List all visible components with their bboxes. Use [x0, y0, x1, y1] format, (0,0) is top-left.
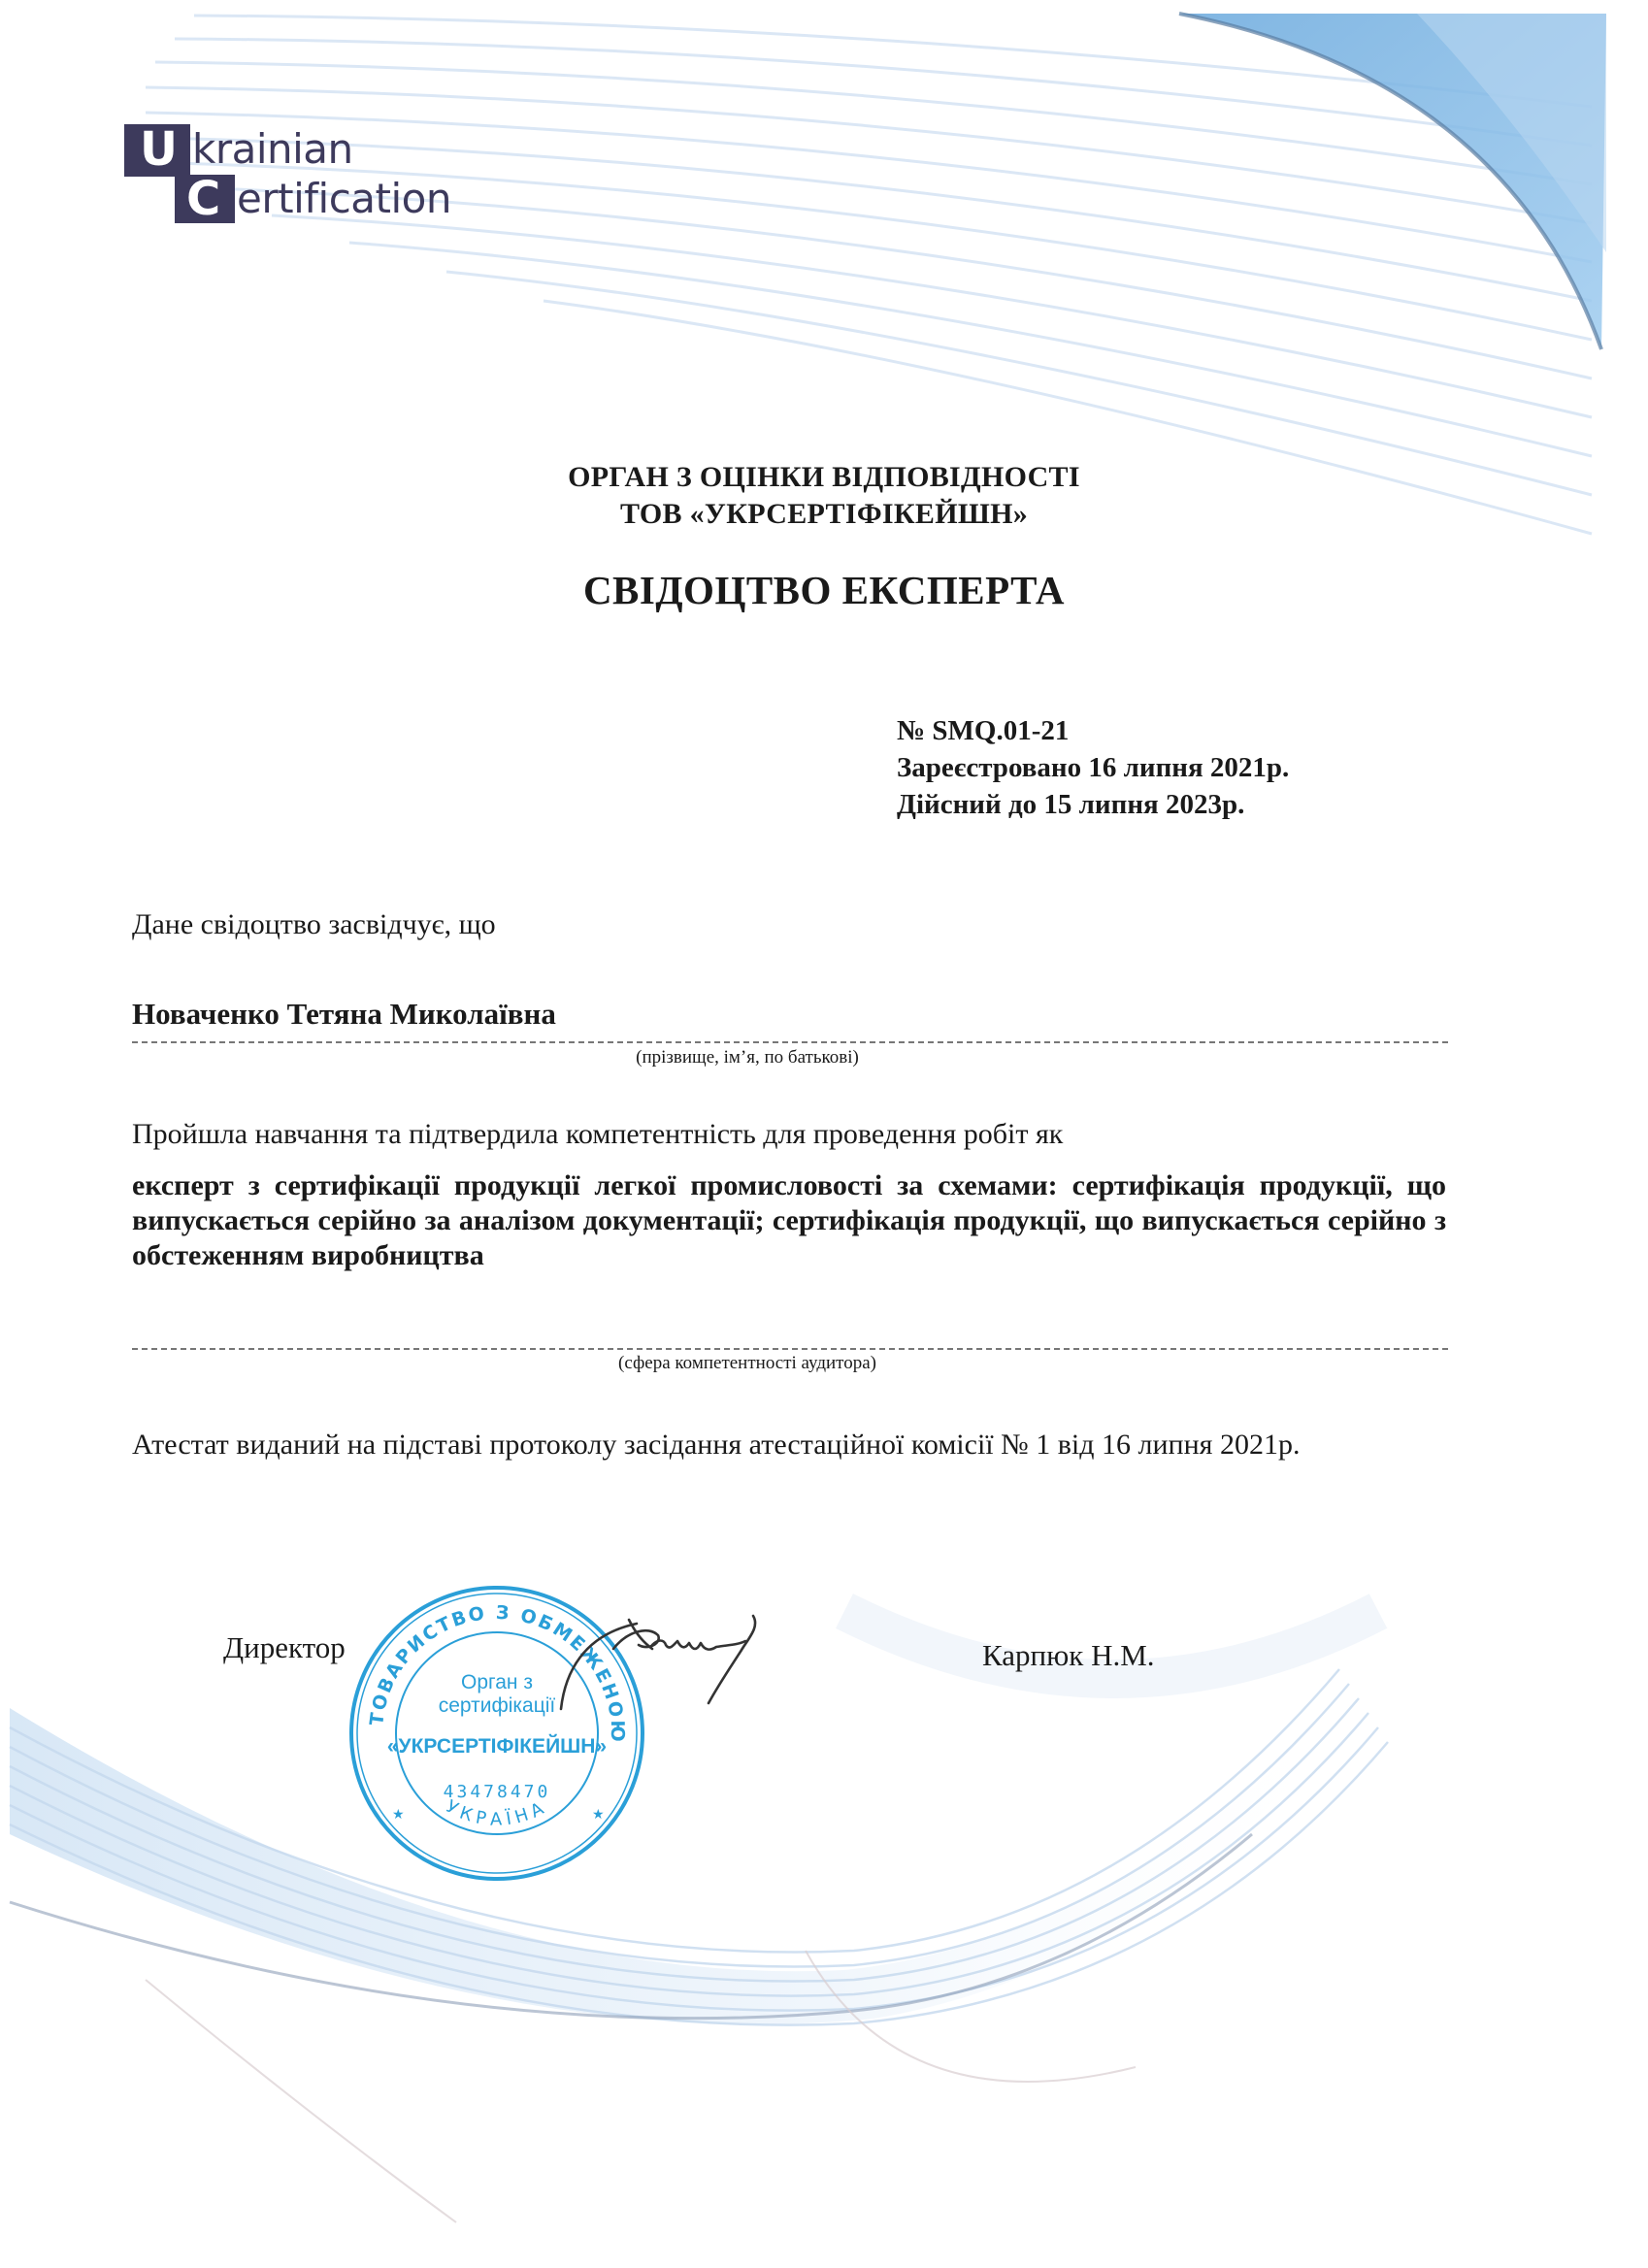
logo-letter-u: U: [140, 126, 178, 173]
name-underline: [132, 1041, 1448, 1043]
document-title: СВІДОЦТВО ЕКСПЕРТА: [0, 567, 1648, 613]
signer-position: Директор: [223, 1630, 346, 1665]
competence-statement: Пройшла навчання та підтвердила компетен…: [132, 1116, 1446, 1153]
scope-caption: (сфера компетентності аудитора): [544, 1353, 951, 1374]
stamp-center-line-2: сертифікації: [439, 1694, 556, 1717]
ukrainian-certification-logo: U krainian C ertification: [124, 122, 454, 225]
stamp-star-left: ★: [392, 1808, 405, 1823]
scope-underline: [132, 1348, 1448, 1350]
holder-full-name: Новаченко Тетяна Миколаївна: [132, 996, 1446, 1033]
stamp-company-code: 43478470: [444, 1782, 551, 1802]
certificate-meta: № SMQ.01-21 Зареєстровано 16 липня 2021р…: [897, 712, 1289, 823]
stamp-star-right: ★: [592, 1808, 605, 1823]
certificate-number: № SMQ.01-21: [897, 712, 1289, 749]
stamp-center-line-1: Орган з: [461, 1671, 533, 1693]
name-caption: (прізвище, ім’я, по батькові): [544, 1047, 951, 1068]
attestation-basis: Атестат виданий на підставі протоколу за…: [132, 1427, 1446, 1463]
director-signature: [544, 1606, 767, 1713]
issuing-body-line-1: ОРГАН З ОЦІНКИ ВІДПОВІДНОСТІ: [0, 460, 1648, 495]
intro-text: Дане свідоцтво засвідчує, що: [132, 906, 1446, 943]
signer-name: Карпюк Н.М.: [982, 1638, 1155, 1673]
valid-until-date: Дійсний до 15 липня 2023р.: [897, 786, 1289, 823]
logo-word-ukrainian: krainian: [192, 126, 353, 173]
registration-date: Зареєстровано 16 липня 2021р.: [897, 749, 1289, 786]
logo-letter-c: C: [186, 176, 220, 222]
competence-scope: експерт з сертифікації продукції легкої …: [132, 1168, 1446, 1273]
stamp-company-name: «УКРСЕРТІФІКЕЙШН»: [387, 1734, 607, 1758]
logo-word-certification: ertification: [237, 176, 451, 222]
issuing-body-line-2: ТОВ «УКРСЕРТІФІКЕЙШН»: [0, 497, 1648, 532]
